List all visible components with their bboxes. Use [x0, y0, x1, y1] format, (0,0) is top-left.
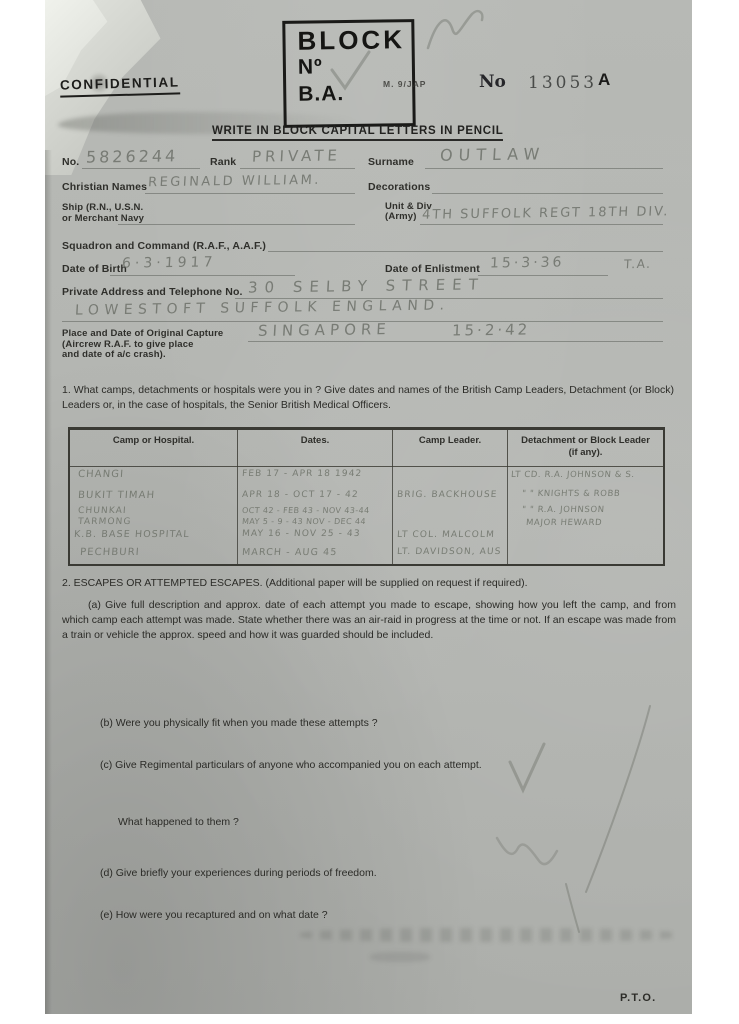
table-row-leader: LT. DAVIDSON, AUS	[397, 547, 502, 557]
table-row-camp: K.B. BASE HOSPITAL	[74, 529, 190, 540]
table-row-detachment: MAJOR HEWARD	[526, 518, 603, 528]
section-2b-text: (b) Were you physically fit when you mad…	[100, 716, 600, 731]
no-label: No.	[62, 156, 79, 168]
private-address-label: Private Address and Telephone No.	[62, 286, 243, 298]
table-row-leader: LT COL. MALCOLM	[397, 530, 496, 540]
paper-edge-shadow	[45, 150, 52, 1014]
ship-label-line1: Ship (R.N., U.S.N.	[62, 202, 143, 213]
date-of-enlistment-label: Date of Enlistment	[385, 263, 480, 275]
col-dates: Dates.	[237, 430, 392, 466]
pto-label: P.T.O.	[620, 992, 656, 1004]
ink-bleedthrough	[370, 952, 430, 962]
camps-table-header: Camp or Hospital. Dates. Camp Leader. De…	[70, 430, 663, 467]
table-row-detachment: " " R.A. JOHNSON	[522, 505, 605, 515]
table-row-dates: OCT 42 - FEB 43 - NOV 43-44	[242, 506, 370, 515]
table-row-detachment: " " KNIGHTS & ROBB	[522, 489, 621, 499]
decorations-label: Decorations	[368, 181, 430, 193]
table-row-leader: BRIG. BACKHOUSE	[397, 490, 498, 500]
date-of-enlistment-value: 15·3·36	[490, 254, 565, 271]
col-camp-leader: Camp Leader.	[392, 430, 507, 466]
table-row-dates: APR 18 - OCT 17 - 42	[242, 490, 359, 500]
date-of-birth-value: 6·3·1917	[122, 254, 217, 271]
stamp-line-block: BLOCK	[297, 26, 411, 55]
block-capitals-instruction: WRITE IN BLOCK CAPITAL LETTERS IN PENCIL	[212, 125, 503, 141]
table-row-camp: CHUNKAI	[78, 506, 127, 516]
col-camp-or-hospital: Camp or Hospital.	[70, 430, 237, 466]
table-row-dates: MAY 5 - 9 - 43 NOV - DEC 44	[242, 517, 367, 526]
ink-bleedthrough	[300, 928, 680, 942]
stamp-line-no: Nº	[298, 53, 412, 81]
squadron-command-label: Squadron and Command (R.A.F., A.A.F.)	[62, 240, 266, 252]
capture-label-line1: Place and Date of Original Capture	[62, 328, 223, 339]
camps-table-body: CHANGI BUKIT TIMAH CHUNKAI TARMONG K.B. …	[70, 466, 663, 564]
section-2c-text: (c) Give Regimental particulars of anyon…	[100, 758, 620, 773]
christian-names-value: REGINALD WILLIAM.	[148, 173, 322, 190]
table-row-camp: PECHBURI	[80, 547, 141, 558]
enlistment-ta-note: T.A.	[624, 257, 652, 271]
table-row-dates: FEB 17 - APR 18 1942	[242, 469, 363, 479]
form-reference: M. 9/JAP	[383, 79, 426, 89]
table-row-camp: TARMONG	[78, 517, 132, 527]
confidential-stamp: CONFIDENTIAL	[60, 74, 180, 97]
table-row-camp: CHANGI	[78, 469, 125, 480]
service-number-value: 5826244	[85, 146, 178, 166]
rank-label: Rank	[210, 156, 236, 168]
table-row-dates: MAY 16 - NOV 25 - 43	[242, 529, 361, 539]
what-happened-text: What happened to them ?	[118, 815, 418, 830]
question-1-text: 1. What camps, detachments or hospitals …	[62, 383, 674, 413]
block-number-stamp: BLOCK Nº B.A.	[282, 19, 415, 128]
capture-place-value: SINGAPORE	[258, 320, 392, 340]
scanned-pow-form: { "header": { "confidential": "CONFIDENT…	[0, 0, 739, 1024]
table-row-dates: MARCH - AUG 45	[242, 547, 338, 558]
date-of-birth-label: Date of Birth	[62, 263, 127, 275]
address-line1: 30 SELBY STREET	[248, 275, 486, 296]
section-2-heading: 2. ESCAPES OR ATTEMPTED ESCAPES. (Additi…	[62, 576, 674, 591]
surname-value: OUTLAW	[439, 144, 545, 164]
table-row-detachment: LT CD. R.A. JOHNSON & S.	[511, 470, 635, 480]
ship-label-line2: or Merchant Navy	[62, 213, 144, 224]
unit-div-label-line2: (Army)	[385, 211, 417, 222]
section-2e-text: (e) How were you recaptured and on what …	[100, 908, 620, 923]
number-label: No	[479, 72, 506, 92]
camps-table: Camp or Hospital. Dates. Camp Leader. De…	[68, 427, 665, 566]
section-2a-text: (a) Give full description and approx. da…	[62, 598, 676, 643]
capture-label-line3: and date of a/c crash).	[62, 349, 166, 360]
christian-names-label: Christian Names	[62, 181, 147, 193]
col-detachment-leader: Detachment or Block Leader (if any).	[507, 430, 663, 466]
form-serial-number: 13053	[528, 73, 597, 93]
table-row-camp: BUKIT TIMAH	[78, 490, 156, 501]
surname-label: Surname	[368, 156, 414, 168]
capture-date-value: 15·2·42	[452, 320, 531, 339]
series-letter: A	[598, 70, 610, 90]
rank-value: PRIVATE	[252, 146, 342, 165]
section-2d-text: (d) Give briefly your experiences during…	[100, 866, 620, 881]
